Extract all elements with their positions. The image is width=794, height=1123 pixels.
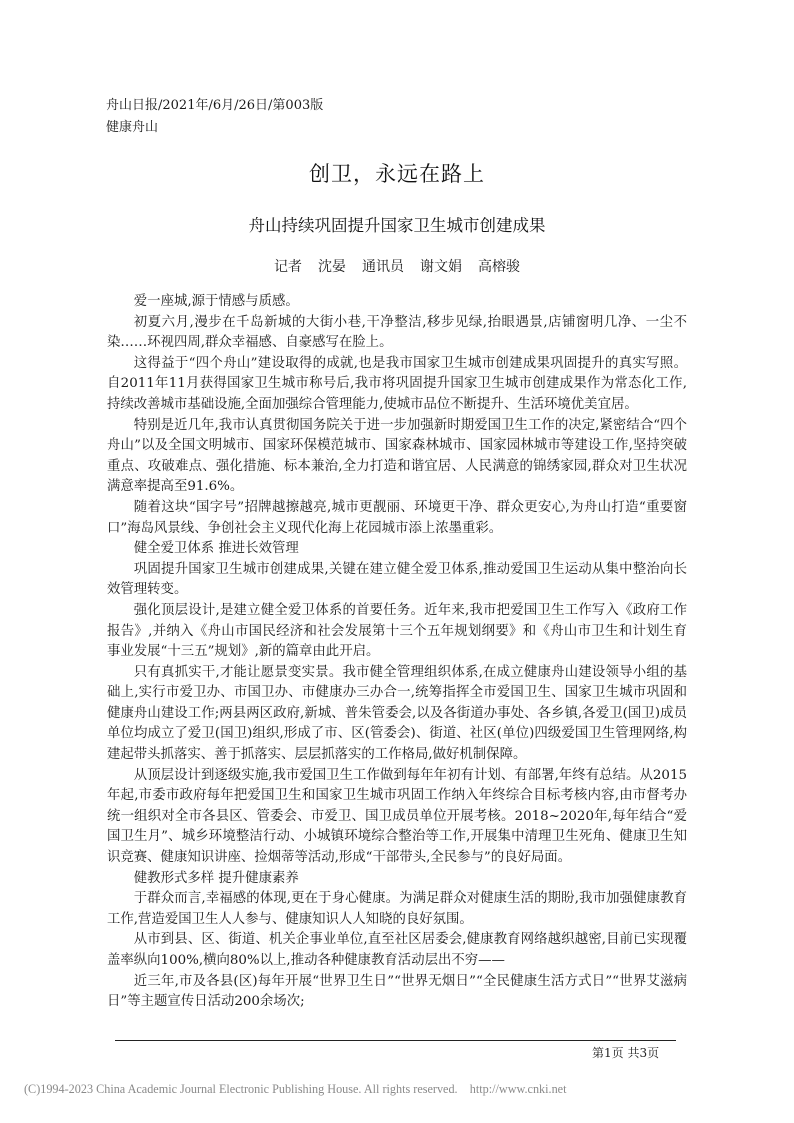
paragraph: 强化顶层设计,是建立健全爱卫体系的首要任务。近年来,我市把爱国卫生工作写入《政府… bbox=[107, 601, 687, 663]
byline-name: 谢文娟 bbox=[420, 259, 462, 275]
paragraph: 爱一座城,源于情感与质感。 bbox=[107, 292, 687, 313]
paragraph: 这得益于“四个舟山”建设取得的成就,也是我市国家卫生城市创建成果巩固提升的真实写… bbox=[107, 354, 687, 416]
source-header: 舟山日报/2021年/6月/26日/第003版 健康舟山 bbox=[106, 95, 323, 139]
byline-role-correspondent: 通讯员 bbox=[362, 259, 404, 275]
footer-divider bbox=[115, 1040, 676, 1041]
section-heading: 健全爱卫体系 推进长效管理 bbox=[107, 539, 687, 560]
page-indicator: 第1页 共3页 bbox=[592, 1044, 659, 1061]
paragraph: 于群众而言,幸福感的体现,更在于身心健康。为满足群众对健康生活的期盼,我市加强健… bbox=[107, 889, 687, 930]
paragraph: 近三年,市及各县(区)每年开展“世界卫生日”“世界无烟日”“全民健康生活方式日”… bbox=[107, 972, 687, 1013]
byline-role-reporter: 记者 bbox=[274, 259, 302, 275]
source-line: 舟山日报/2021年/6月/26日/第003版 bbox=[106, 95, 323, 117]
paragraph: 从市到县、区、街道、机关企事业单位,直至社区居委会,健康教育网络越织越密,目前已… bbox=[107, 930, 687, 971]
paragraph: 巩固提升国家卫生城市创建成果,关键在建立健全爱卫体系,推动爱国卫生运动从集中整治… bbox=[107, 560, 687, 601]
section-name: 健康舟山 bbox=[106, 117, 323, 139]
article-body: 爱一座城,源于情感与质感。 初夏六月,漫步在千岛新城的大街小巷,干净整洁,移步见… bbox=[107, 292, 687, 1013]
paragraph: 初夏六月,漫步在千岛新城的大街小巷,干净整洁,移步见绿,抬眼遇景,店铺窗明几净、… bbox=[107, 313, 687, 354]
section-heading: 健教形式多样 提升健康素养 bbox=[107, 869, 687, 890]
paragraph: 只有真抓实干,才能让愿景变实景。我市健全管理组织体系,在成立健康舟山建设领导小组… bbox=[107, 663, 687, 766]
byline-name: 高榕骏 bbox=[478, 259, 520, 275]
byline: 记者沈晏通讯员谢文娟高榕骏 bbox=[0, 256, 794, 276]
byline-name: 沈晏 bbox=[318, 259, 346, 275]
article-title: 创卫，永远在路上 bbox=[0, 158, 794, 188]
paragraph: 特别是近几年,我市认真贯彻国务院关于进一步加强新时期爱国卫生工作的决定,紧密结合… bbox=[107, 416, 687, 498]
copyright-notice: (C)1994-2023 China Academic Journal Elec… bbox=[24, 1082, 566, 1097]
article-subtitle: 舟山持续巩固提升国家卫生城市创建成果 bbox=[0, 212, 794, 236]
paragraph: 随着这块“国字号”招牌越擦越亮,城市更靓丽、环境更干净、群众更安心,为舟山打造“… bbox=[107, 498, 687, 539]
paragraph: 从顶层设计到逐级实施,我市爱国卫生工作做到每年年初有计划、有部署,年终有总结。从… bbox=[107, 766, 687, 869]
